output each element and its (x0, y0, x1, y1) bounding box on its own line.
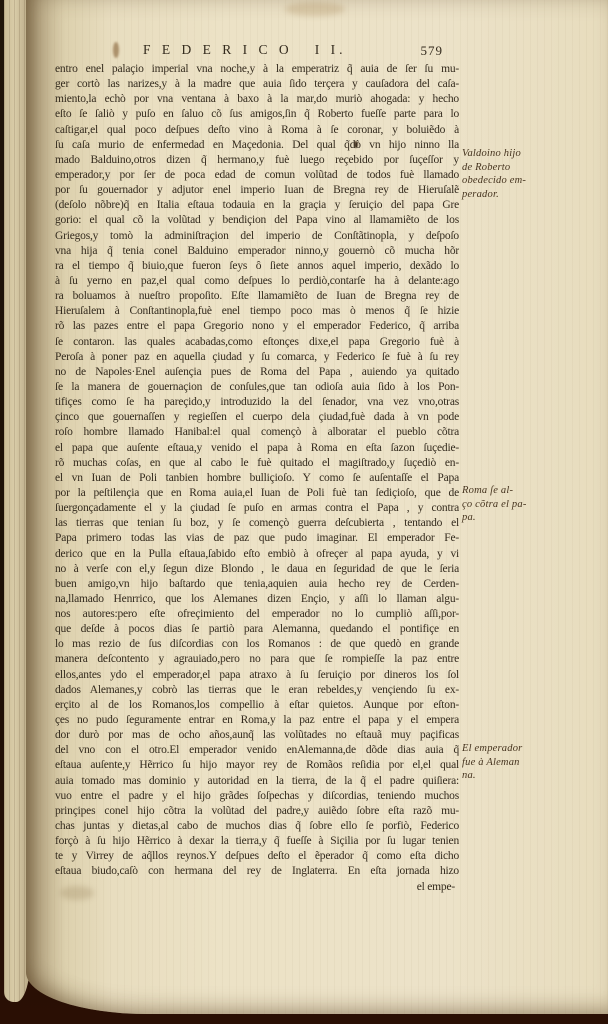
text-column: F E D E R I C O I I. 579 entro enel pala… (55, 42, 459, 895)
paper-smudge (285, 2, 345, 16)
text-line: rõ las pazes entre el papa Gregorio nono… (55, 319, 459, 334)
margin-note-line: obedecido em- (462, 174, 574, 188)
text-line: Hieruſalem à Conſtantinopla,fuè enel tie… (55, 304, 459, 319)
text-line: ger cortò las narizes,y à la madre que a… (55, 77, 459, 92)
text-line: çes no pudo ſeguramente entrar en Roma,y… (55, 713, 459, 728)
text-line: del vno con el otro.El emperador venido … (55, 743, 459, 758)
text-line: manera deſcontento y agrauiado,pero no p… (55, 652, 459, 667)
text-line: forçò à ſu hijo Hẽrrico à dexar la tierr… (55, 834, 459, 849)
text-line: ellos,antes ydo el emperador,el papa atr… (55, 668, 459, 683)
text-line: erçito al de los Romanos,los compellio à… (55, 698, 459, 713)
text-line: gorio: el qual cõ la volũtad y bendiçion… (55, 213, 459, 228)
catchword: el empe- (55, 880, 459, 895)
text-line: Griegos,y tomò la adminiſtraçion del imp… (55, 229, 459, 244)
body-text: entro enel palaçio imperial vna noche,y … (55, 62, 459, 880)
text-line: derico que en la Pulla eſtaua,ſabido eſt… (55, 547, 459, 562)
text-line: te y Virrey de aq̃llos reynos.Y deſpues … (55, 849, 459, 864)
margin-note-line: fue à Aleman (462, 756, 574, 770)
text-line: mado Balduino,otros dizen q̃ hermano,y f… (55, 153, 459, 168)
text-line: ra boluamos à nueſtro propoſito. Eſte ll… (55, 289, 459, 304)
text-line: no de Napoles·Enel auſençia pues de Roma… (55, 365, 459, 380)
text-line: ſuergonçadamente el y la çiudad ſe puſo … (55, 501, 459, 516)
text-line: que deſde à pocos dias ſe partiò para Al… (55, 622, 459, 637)
text-line: lo mas rezio de ſus diſcordias con los R… (55, 637, 459, 652)
page-number: 579 (421, 43, 444, 59)
margin-note-roma: Roma ſe al-ço cõtra el pa-pa. (462, 484, 574, 525)
text-line: na,llamado Henrrico, que los Alemanes di… (55, 592, 459, 607)
text-line: entro enel palaçio imperial vna noche,y … (55, 62, 459, 77)
running-head: F E D E R I C O I I. 579 (55, 42, 459, 62)
text-line: dor durò por mas de ocho años,aunq̃ las … (55, 728, 459, 743)
text-line: rõ muchas coſas, en que al cabo le fuè q… (55, 456, 459, 471)
margin-note-line: ço cõtra el pa- (462, 498, 574, 512)
text-line: Papa primero todas las vias de paz que p… (55, 531, 459, 546)
margin-note-line: pa. (462, 511, 574, 525)
text-line: çinco que gouernaſſen y regieſſen el cue… (55, 410, 459, 425)
margin-note-line: El emperador (462, 742, 574, 756)
book-scan: { "page": { "header": { "title": "F E D … (0, 0, 608, 1024)
text-line: no à verſe con el,y ſegun dize Blondo , … (55, 562, 459, 577)
text-line: el papa que auſente eſtaua,y venido el p… (55, 441, 459, 456)
text-line: eſtaua auſente,y Hẽrrico ſu hijo mayor r… (55, 758, 459, 773)
text-line: nos autores:pero eſte ofreçimiento del e… (55, 607, 459, 622)
text-line: por ſu gouernador y adjutor enel imperio… (55, 183, 459, 198)
text-line: prinçipes conel hijo cõtra la volũtad de… (55, 804, 459, 819)
text-line: ra el tiempo q̃ biuio,que fueron ſeys ô … (55, 259, 459, 274)
text-line: vna hija q̃ tenia conel Balduino emperad… (55, 244, 459, 259)
text-line: las tierras que tenian ſu boz, y ſe come… (55, 516, 459, 531)
text-line: auia tomado mas dominio y autoridad en l… (55, 774, 459, 789)
text-line: Peroſa à poner paz en aquella çiudad y ſ… (55, 350, 459, 365)
text-line: dados Alemanes,y cobrò las tierras que l… (55, 683, 459, 698)
margin-note-line: perador. (462, 188, 574, 202)
text-line: ſe contaron. las quales acabadas,como eſ… (55, 335, 459, 350)
text-line: à ſu yerno en paz,el qual como deſpues l… (55, 274, 459, 289)
running-head-title: F E D E R I C O I I. (143, 42, 347, 58)
text-line: ſu caſa murio de enfermedad en Maçedonia… (55, 138, 459, 153)
text-line: tifiçes como ſe ha pareçido,y introduzid… (55, 395, 459, 410)
text-line: (deſolo nõbre)q̃ en Italia eſtaua todaui… (55, 198, 459, 213)
margin-note-valdoino: Valdoino hijode Robertoobedecido em-pera… (462, 147, 574, 201)
margin-note-line: Valdoino hijo (462, 147, 574, 161)
text-line: miento,la echò por vna ventana à baxo à … (55, 92, 459, 107)
text-line: roſo hombre llamado Hanibal:el qual come… (55, 425, 459, 440)
text-line: vuo entre el padre y el hijo grãdes ſoſp… (55, 789, 459, 804)
text-line: el vn Iuan de Poli tanbien hombre bulliç… (55, 471, 459, 486)
margin-note-line: na. (462, 769, 574, 783)
text-line: emperador,y por ſer de poca edad de comu… (55, 168, 459, 183)
text-line: eſto ſe ſaliò y puſo en ſaluo cõ ſus ami… (55, 107, 459, 122)
margin-note-line: Roma ſe al- (462, 484, 574, 498)
text-line: buen amigo,vn hijo baſtardo que tenia,aq… (55, 577, 459, 592)
text-line: por la peſtilençia que en Roma auia,el I… (55, 486, 459, 501)
margin-note-emperador: El emperadorfue à Alemanna. (462, 742, 574, 783)
margin-note-line: de Roberto (462, 161, 574, 175)
text-line: caſtigar,el qual poco deſpues deſto vino… (55, 123, 459, 138)
text-line: eſtaua biudo,caſò con hermana del rey de… (55, 864, 459, 879)
text-line: ſe la manera de gouernaçion de conſules,… (55, 380, 459, 395)
text-line: chas juntas y dietas,al cabo de muchos d… (55, 819, 459, 834)
